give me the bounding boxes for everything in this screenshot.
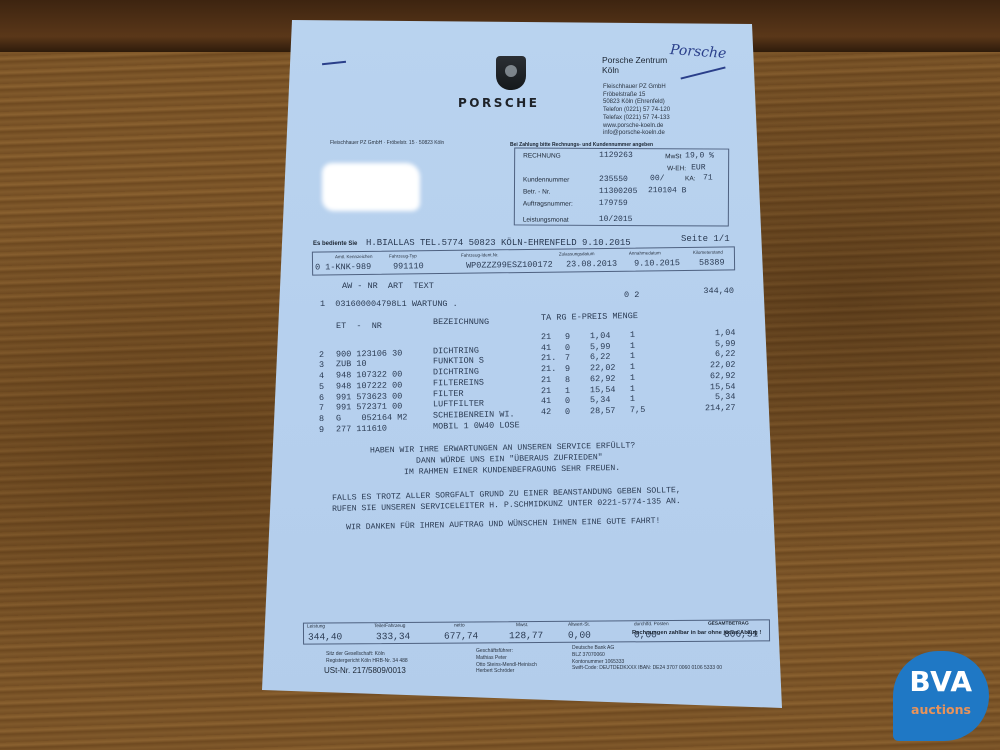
part-unit-price: 28,57 bbox=[590, 406, 616, 416]
part-unit-price: 1,04 bbox=[590, 331, 611, 341]
part-position: 2 bbox=[319, 350, 324, 360]
part-quantity: 1 bbox=[630, 341, 635, 351]
part-ta: 21 bbox=[541, 332, 551, 342]
part-rg: 9 bbox=[565, 332, 570, 342]
dealer-name: Porsche Zentrum Köln bbox=[602, 55, 667, 75]
part-number: G 052164 M2 bbox=[336, 412, 408, 423]
part-total: 15,54 bbox=[710, 381, 736, 391]
dealer-address: Fleischhauer PZ GmbH Fröbelstraße 15 508… bbox=[603, 84, 670, 138]
bva-auctions-logo: BVA auctions bbox=[893, 651, 989, 741]
page-indicator: Seite 1/1 bbox=[681, 234, 730, 244]
work-ta-rg: 0 2 bbox=[624, 290, 639, 300]
kunden-label: Kundennummer bbox=[523, 176, 569, 183]
part-position: 8 bbox=[319, 414, 324, 424]
porsche-crest-icon bbox=[496, 56, 526, 90]
leistung-total: 344,40 bbox=[308, 631, 342, 642]
work-header: AW - NR ART TEXT bbox=[342, 281, 434, 291]
part-unit-price: 5,99 bbox=[590, 342, 611, 352]
part-total: 5,99 bbox=[715, 339, 736, 349]
part-description: DICHTRING bbox=[433, 345, 479, 356]
betr-value: 11300205 bbox=[599, 187, 637, 196]
netto-total: 677,74 bbox=[444, 630, 478, 641]
teile-label: Teile/Fahrzeug bbox=[374, 624, 406, 629]
ka-label: KA: bbox=[685, 175, 696, 182]
part-position: 9 bbox=[319, 425, 324, 435]
part-unit-price: 15,54 bbox=[590, 384, 616, 394]
served-by-text: H.BIALLAS TEL.5774 50823 KÖLN-EHRENFELD … bbox=[366, 238, 631, 248]
payment-terms: Rechnungen zahlbar in bar ohne jeden Abz… bbox=[632, 630, 761, 636]
part-description: FUNKTION S bbox=[433, 356, 484, 367]
part-rg: 0 bbox=[565, 407, 570, 417]
wehr-label: W-EH: bbox=[667, 165, 686, 172]
part-quantity: 1 bbox=[630, 362, 635, 372]
work-line: 1 031600004798L1 WARTUNG . bbox=[320, 299, 458, 309]
invoice-details-box: RECHNUNG 1129263 MwSt 19,0 % W-EH: EUR K… bbox=[514, 147, 729, 226]
part-number: ZUB 10 bbox=[336, 359, 367, 369]
work-amount: 344,40 bbox=[703, 286, 734, 296]
part-description: FILTER bbox=[433, 388, 464, 398]
part-number: 948 107322 00 bbox=[336, 370, 402, 381]
vehicle-header: Fahrzeug-Typ bbox=[389, 253, 417, 258]
kunden-suffix: 00/ bbox=[650, 174, 664, 183]
netto-label: netto bbox=[454, 624, 465, 629]
managing-directors: Geschäftsführer: Mathias Peter Otto Stei… bbox=[476, 648, 537, 675]
leistung-label: Leistung bbox=[307, 624, 325, 629]
bank-details: Deutsche Bank AG BLZ 37070060 Kontonumme… bbox=[572, 645, 722, 672]
vehicle-type: 991110 bbox=[393, 261, 424, 271]
part-number: 900 123106 30 bbox=[336, 348, 402, 359]
leistung-value: 10/2015 bbox=[599, 215, 633, 224]
mileage: 58389 bbox=[699, 258, 725, 268]
registration-date: 23.08.2013 bbox=[566, 259, 617, 270]
part-number: 948 107222 00 bbox=[336, 380, 402, 391]
part-ta: 21. bbox=[541, 353, 556, 363]
auftrag-value: 179759 bbox=[599, 199, 628, 208]
part-rg: 1 bbox=[565, 385, 570, 395]
mwst-label: Mwst. bbox=[516, 623, 529, 628]
kunden-value: 235550 bbox=[599, 175, 628, 184]
part-total: 62,92 bbox=[710, 371, 736, 381]
altwert-total: 0,00 bbox=[568, 630, 591, 641]
mwst-label: MwSt bbox=[665, 153, 681, 160]
part-position: 5 bbox=[319, 382, 324, 392]
mwst-value: 19,0 % bbox=[685, 151, 714, 160]
mwst-total: 128,77 bbox=[509, 630, 543, 641]
sender-line: Fleischhauer PZ GmbH · Fröbelstr. 15 · 5… bbox=[330, 140, 444, 146]
part-ta: 41 bbox=[541, 343, 551, 353]
acceptance-date: 9.10.2015 bbox=[634, 258, 680, 269]
vehicle-header: Kilometerstand bbox=[693, 250, 723, 255]
part-description: SCHEIBENREIN WI. bbox=[433, 409, 515, 420]
auftrag-label: Auftragsnummer: bbox=[523, 200, 573, 207]
rechnung-label: RECHNUNG bbox=[523, 152, 561, 159]
redacted-address bbox=[322, 163, 420, 211]
part-description: LUFTFILTER bbox=[433, 399, 484, 410]
part-ta: 42 bbox=[541, 407, 551, 417]
part-quantity: 1 bbox=[630, 351, 635, 361]
vehicle-header: Zulassungsdatum bbox=[559, 251, 595, 256]
part-rg: 7 bbox=[565, 353, 570, 363]
part-position: 3 bbox=[319, 360, 324, 370]
part-ta: 21. bbox=[541, 364, 556, 374]
vehicle-header: Amtl. Kennzeichen bbox=[335, 254, 373, 259]
part-position: 7 bbox=[319, 403, 324, 413]
part-description: FILTEREINS bbox=[433, 377, 484, 388]
part-total: 6,22 bbox=[715, 349, 736, 359]
wehr-value: EUR bbox=[691, 163, 705, 172]
parts-header-bezeichnung: BEZEICHNUNG bbox=[433, 317, 489, 327]
vat-number: USt-Nr. 217/5809/0013 bbox=[324, 666, 406, 675]
posten-label: durchlfd. Posten bbox=[634, 622, 669, 627]
rechnung-value: 1129263 bbox=[599, 151, 633, 160]
parts-header-ta-rg-preis-menge: TA RG E-PREIS MENGE bbox=[541, 311, 638, 323]
part-unit-price: 5,34 bbox=[590, 395, 611, 405]
company-register: Sitz der Gesellschaft: Köln Registergeri… bbox=[326, 651, 408, 665]
part-description: DICHTRING bbox=[433, 367, 479, 378]
part-number: 991 573623 00 bbox=[336, 391, 402, 402]
vehicle-plate: 0 1-KNK-989 bbox=[315, 262, 371, 273]
betr-extra: 210104 B bbox=[648, 186, 686, 195]
part-description: MOBIL 1 0W40 LOSE bbox=[433, 420, 520, 431]
part-unit-price: 22,02 bbox=[590, 363, 616, 373]
part-total: 1,04 bbox=[715, 328, 736, 338]
part-total: 5,34 bbox=[715, 392, 736, 402]
part-rg: 9 bbox=[565, 364, 570, 374]
part-quantity: 7,5 bbox=[630, 405, 645, 415]
part-ta: 21 bbox=[541, 375, 551, 385]
part-rg: 0 bbox=[565, 343, 570, 353]
part-number: 991 572371 00 bbox=[336, 402, 402, 413]
part-unit-price: 6,22 bbox=[590, 352, 611, 362]
part-ta: 41 bbox=[541, 396, 551, 406]
part-total: 22,02 bbox=[710, 360, 736, 370]
leistung-label: Leistungsmonat bbox=[523, 216, 569, 223]
bva-logo-subtitle: auctions bbox=[893, 702, 989, 717]
teile-total: 333,34 bbox=[376, 631, 410, 642]
ka-value: 71 bbox=[703, 173, 713, 182]
part-number: 277 111610 bbox=[336, 423, 387, 434]
vehicle-header: Annahmedatum bbox=[629, 250, 661, 255]
part-rg: 0 bbox=[565, 396, 570, 406]
vehicle-vin: WP0ZZZ99ESZ100172 bbox=[466, 260, 553, 271]
gesamt-label: GESAMTBETRAG bbox=[708, 622, 749, 627]
bva-logo-title: BVA bbox=[893, 665, 989, 698]
part-rg: 8 bbox=[565, 375, 570, 385]
part-total: 214,27 bbox=[705, 403, 736, 413]
vehicle-header: Fahrzeug-Ident.Nr. bbox=[461, 252, 499, 257]
part-quantity: 1 bbox=[630, 330, 635, 340]
brand-wordmark: PORSCHE bbox=[458, 96, 539, 110]
altwert-label: Altwert-St. bbox=[568, 623, 590, 628]
part-quantity: 1 bbox=[630, 394, 635, 404]
part-position: 4 bbox=[319, 371, 324, 381]
part-ta: 21 bbox=[541, 385, 551, 395]
part-position: 6 bbox=[319, 392, 324, 402]
part-unit-price: 62,92 bbox=[590, 374, 616, 384]
betr-label: Betr. - Nr. bbox=[523, 188, 550, 195]
served-by-label: Es bediente Sie bbox=[313, 241, 357, 247]
parts-header-et-nr: ET - NR bbox=[336, 321, 382, 331]
part-quantity: 1 bbox=[630, 373, 635, 383]
part-quantity: 1 bbox=[630, 383, 635, 393]
